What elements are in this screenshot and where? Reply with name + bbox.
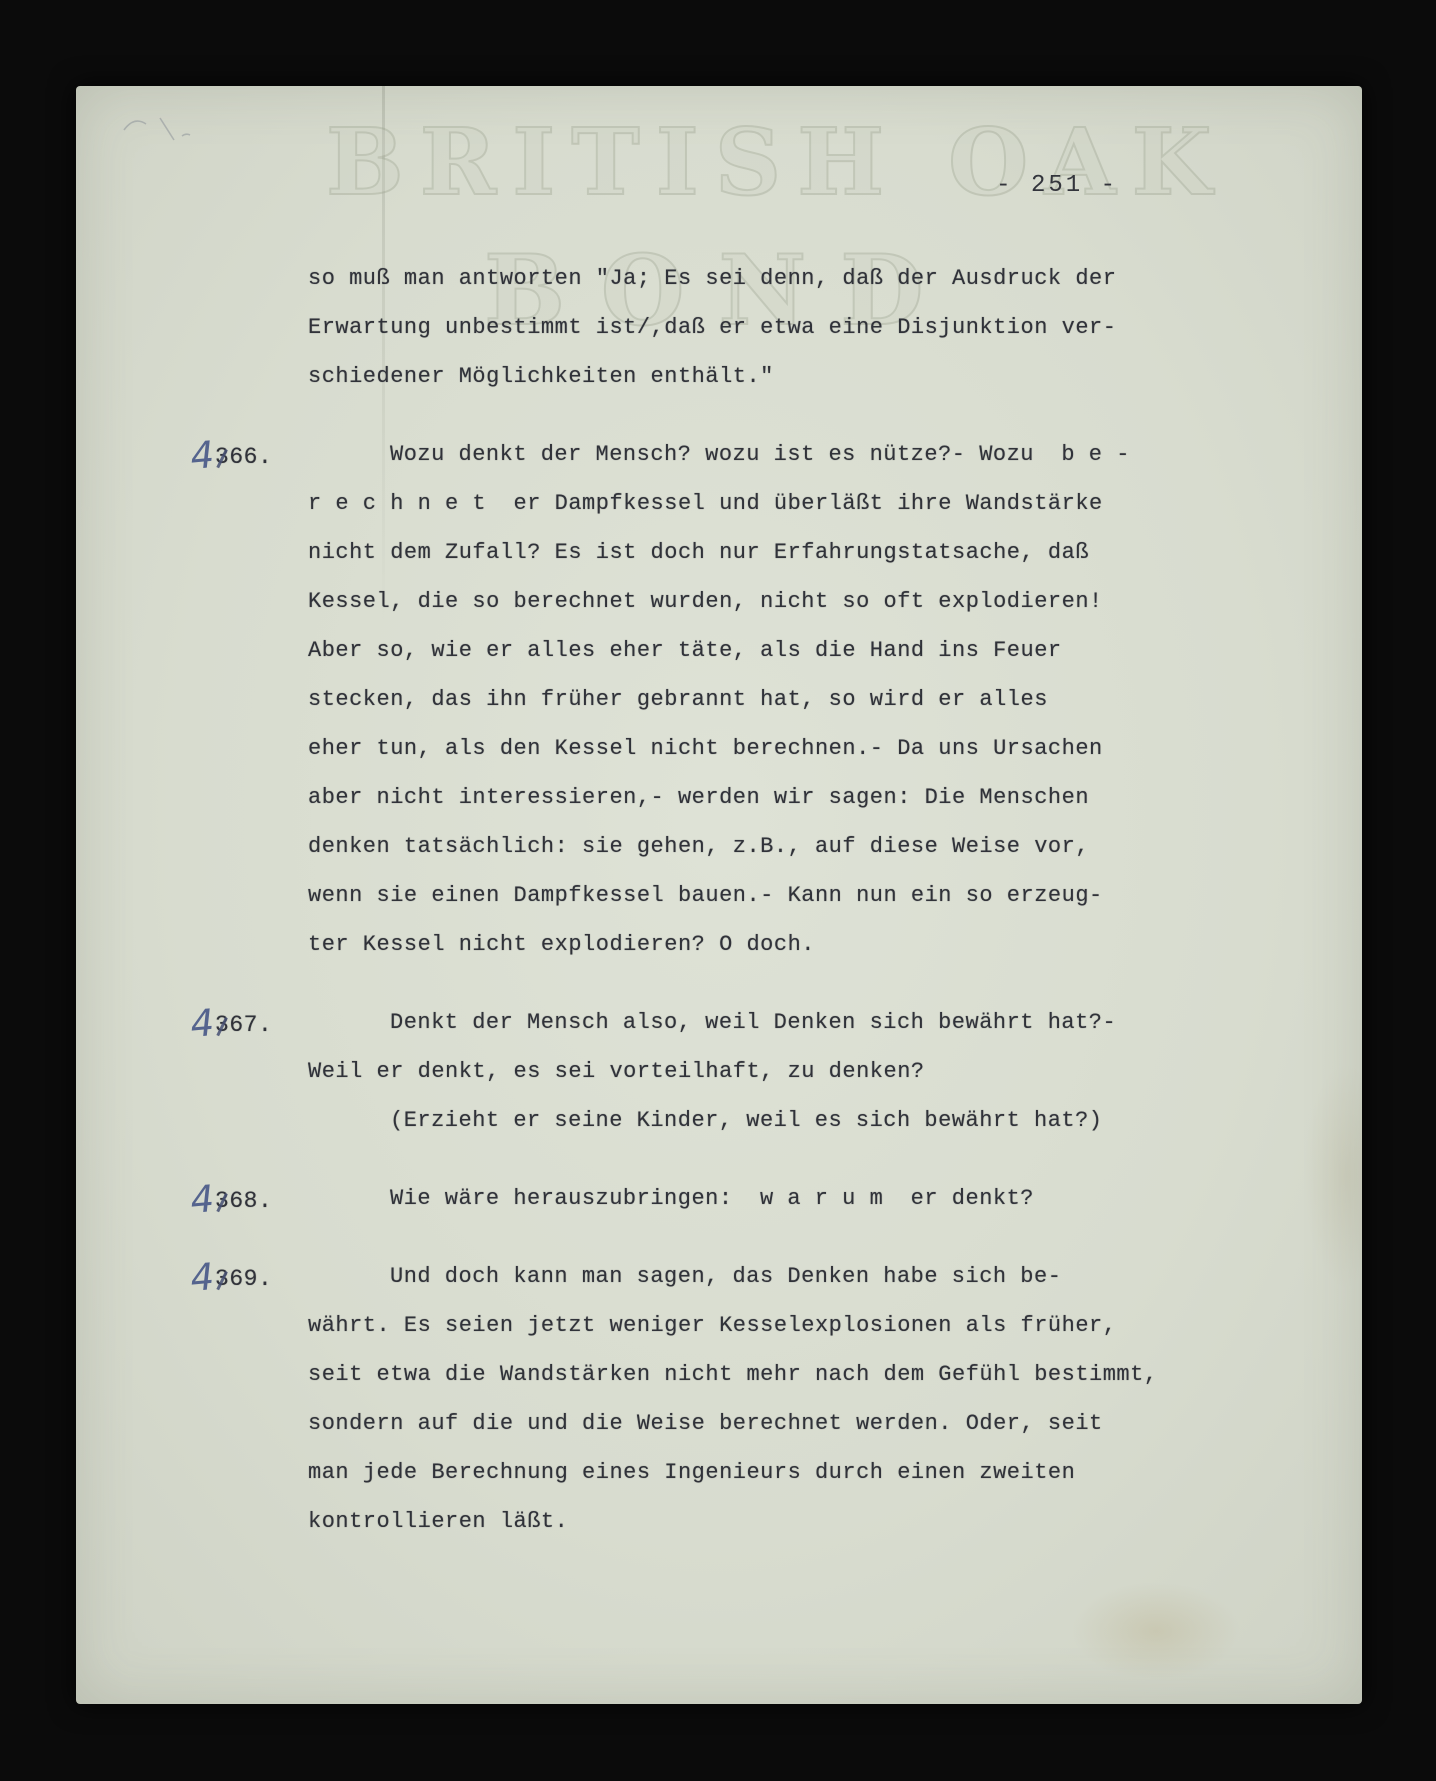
pencil-mark [116,108,236,148]
paragraph: 4366.Wozu denkt der Mensch? wozu ist es … [308,430,1288,969]
handwritten-prefix: 4 [188,430,216,481]
struck-digit: 3 [215,1001,229,1050]
text-line: wenn sie einen Dampfkessel bauen.- Kann … [308,871,1288,920]
text-line: schiedener Möglichkeiten enthält." [308,352,1288,401]
text-line: Denkt der Mensch also, weil Denken sich … [308,998,1288,1047]
text-line: (Erzieht er seine Kinder, weil es sich b… [308,1096,1288,1145]
paragraph: 4368.Wie wäre herauszubringen: w a r u m… [308,1174,1288,1223]
paragraph: 4367.Denkt der Mensch also, weil Denken … [308,998,1288,1145]
text-line: sondern auf die und die Weise berechnet … [308,1399,1288,1448]
text-line: Aber so, wie er alles eher täte, als die… [308,626,1288,675]
text-block: so muß man antworten "Ja; Es sei denn, d… [308,254,1288,1575]
text-line: Wie wäre herauszubringen: w a r u m er d… [308,1174,1288,1223]
struck-digit: 3 [215,1255,229,1304]
handwritten-prefix: 4 [188,998,216,1049]
text-line: Kessel, die so berechnet wurden, nicht s… [308,577,1288,626]
struck-digit: 3 [215,1177,229,1226]
section-number: 4369. [190,1248,272,1304]
text-line: aber nicht interessieren,- werden wir sa… [308,773,1288,822]
paragraph: so muß man antworten "Ja; Es sei denn, d… [308,254,1288,401]
text-line: nicht dem Zufall? Es ist doch nur Erfahr… [308,528,1288,577]
text-line: so muß man antworten "Ja; Es sei denn, d… [308,254,1288,303]
text-line: stecken, das ihn früher gebrannt hat, so… [308,675,1288,724]
photo-background: { "document": { "page_number": "- 251 -"… [0,0,1436,1781]
handwritten-prefix: 4 [188,1252,216,1303]
struck-digit: 3 [215,433,229,482]
typed-number: 66. [229,444,272,470]
text-line: eher tun, als den Kessel nicht berechnen… [308,724,1288,773]
section-number: 4366. [190,426,272,482]
text-line: Und doch kann man sagen, das Denken habe… [308,1252,1288,1301]
handwritten-prefix: 4 [188,1174,216,1225]
text-line: ter Kessel nicht explodieren? O doch. [308,920,1288,969]
scanned-page: BRITISH OAK BOND - 251 - so muß man antw… [76,86,1362,1704]
typed-number: 68. [229,1188,272,1214]
typed-number: 67. [229,1012,272,1038]
text-line: r e c h n e t er Dampfkessel und überläß… [308,479,1288,528]
text-line: seit etwa die Wandstärken nicht mehr nac… [308,1350,1288,1399]
text-line: Erwartung unbestimmt ist/,daß er etwa ei… [308,303,1288,352]
watermark-line1: BRITISH OAK [326,108,1228,216]
section-number: 4368. [190,1170,272,1226]
text-line: Weil er denkt, es sei vorteilhaft, zu de… [308,1047,1288,1096]
paragraph: 4369.Und doch kann man sagen, das Denken… [308,1252,1288,1546]
text-line: denken tatsächlich: sie gehen, z.B., auf… [308,822,1288,871]
page-number: - 251 - [996,172,1118,199]
text-line: kontrollieren läßt. [308,1497,1288,1546]
text-line: man jede Berechnung eines Ingenieurs dur… [308,1448,1288,1497]
text-line: Wozu denkt der Mensch? wozu ist es nütze… [308,430,1288,479]
section-number: 4367. [190,994,272,1050]
typed-number: 69. [229,1266,272,1292]
text-line: währt. Es seien jetzt weniger Kesselexpl… [308,1301,1288,1350]
